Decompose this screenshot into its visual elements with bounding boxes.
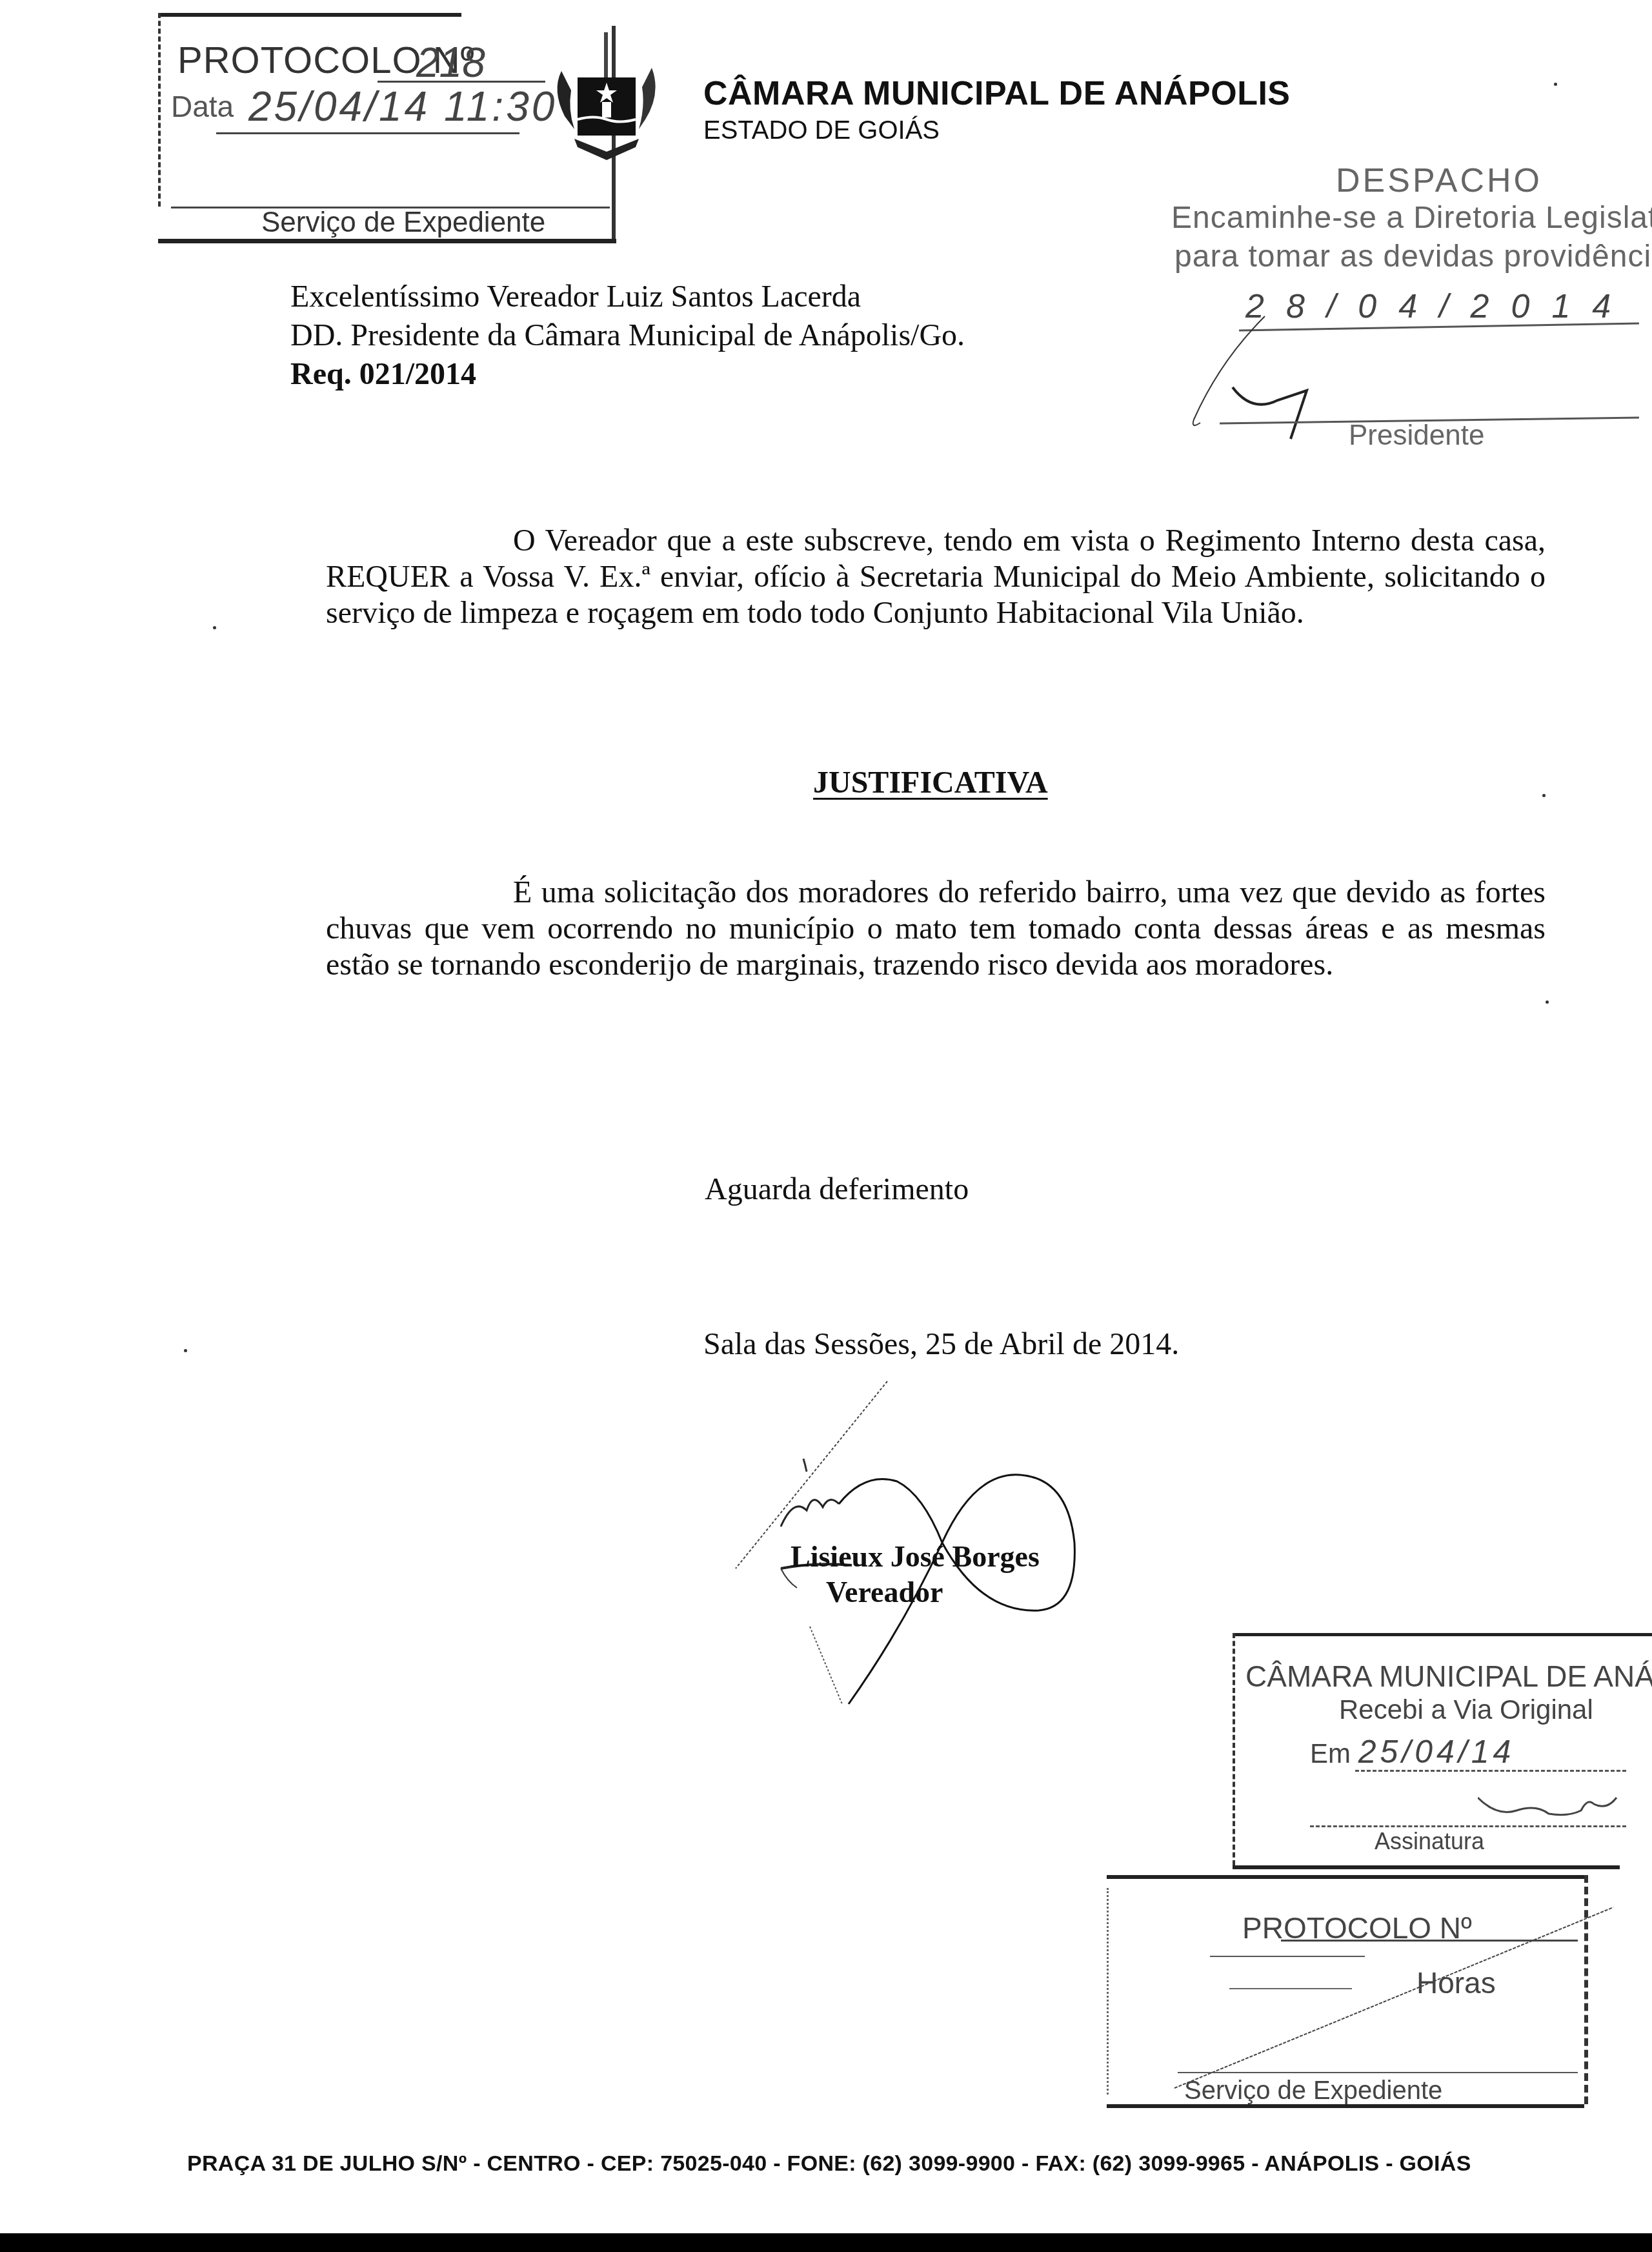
request-reference: Req. 021/2014 <box>290 355 965 394</box>
justification-heading: JUSTIFICATIVA <box>813 765 1048 800</box>
scan-speck <box>213 626 216 629</box>
signatory-role: Vereador <box>826 1575 943 1609</box>
stamp-line <box>216 132 519 134</box>
protocol-date-value: 25/04/14 11:30 <box>248 83 557 130</box>
protocol-number: 218 <box>416 39 485 86</box>
justification-paragraph: É uma solicitação dos moradores do refer… <box>326 875 1546 983</box>
stamp-border <box>158 13 163 207</box>
received-stamp: CÂMARA MUNICIPAL DE ANÁ Recebi a Via Ori… <box>1233 1633 1652 1872</box>
protocol-stamp-bottom: PROTOCOLO Nº Horas Serviço de Expediente <box>1107 1875 1584 2114</box>
stamp-line <box>1178 2072 1578 2073</box>
addressee-line-2: DD. Presidente da Câmara Municipal de An… <box>290 316 965 355</box>
president-signature <box>1181 310 1349 445</box>
stamp-border <box>1233 1865 1620 1869</box>
stamp-footer-label: Serviço de Expediente <box>1184 2076 1442 2105</box>
addressee-line-1: Excelentíssimo Vereador Luiz Santos Lace… <box>290 278 965 316</box>
footer-address: PRAÇA 31 DE JULHO S/Nº - CENTRO - CEP: 7… <box>187 2151 1471 2176</box>
received-stamp-title: CÂMARA MUNICIPAL DE ANÁ <box>1245 1659 1652 1694</box>
request-paragraph: O Vereador que a este subscreve, tendo e… <box>326 523 1546 631</box>
received-date: Em 25/04/14 <box>1310 1733 1515 1770</box>
despacho-line-1: Encaminhe-se a Diretoria Legislati <box>1171 200 1652 236</box>
received-date-value: 25/04/14 <box>1358 1734 1515 1770</box>
institution-subtitle: ESTADO DE GOIÁS <box>703 116 940 145</box>
signatory-name: Lisieux José Borges <box>791 1539 1040 1574</box>
despacho-stamp: DESPACHO Encaminhe-se a Diretoria Legisl… <box>1162 161 1652 445</box>
stamp-border <box>1107 1888 1111 2095</box>
despacho-title: DESPACHO <box>1336 161 1542 200</box>
scan-edge-bar <box>0 2233 1652 2252</box>
justification-text: É uma solicitação dos moradores do refer… <box>326 875 1546 982</box>
scan-speck <box>1554 83 1557 86</box>
received-date-label: Em <box>1310 1738 1351 1769</box>
stamp-border <box>1107 2104 1584 2108</box>
received-signature-label: Assinatura <box>1375 1828 1484 1855</box>
closing-text: Aguarda deferimento <box>705 1172 969 1207</box>
addressee-block: Excelentíssimo Vereador Luiz Santos Lace… <box>290 278 965 394</box>
stamp-border <box>158 239 616 243</box>
coat-of-arms-icon <box>549 32 665 161</box>
received-stamp-subtitle: Recebi a Via Original <box>1339 1694 1593 1725</box>
protocol-stamp: PROTOCOLO Nº 218 Data 25/04/14 11:30 Ser… <box>158 13 616 245</box>
received-signature <box>1478 1785 1633 1823</box>
stamp-border <box>158 13 461 17</box>
scan-speck <box>1542 794 1546 797</box>
request-text: O Vereador que a este subscreve, tendo e… <box>326 523 1546 630</box>
stamp-line <box>1355 1770 1626 1772</box>
institution-title: CÂMARA MUNICIPAL DE ANÁPOLIS <box>703 74 1291 113</box>
protocol-date-label: Data <box>171 89 234 124</box>
stamp-line <box>1310 1825 1626 1827</box>
stamp-border <box>1233 1633 1652 1636</box>
stamp-border <box>1233 1633 1238 1865</box>
despacho-signature-label: Presidente <box>1349 420 1484 452</box>
scan-speck <box>1546 1000 1549 1004</box>
scan-speck <box>184 1349 187 1352</box>
despacho-line-2: para tomar as devidas providência <box>1174 239 1652 274</box>
stamp-footer-label: Serviço de Expediente <box>261 207 545 239</box>
